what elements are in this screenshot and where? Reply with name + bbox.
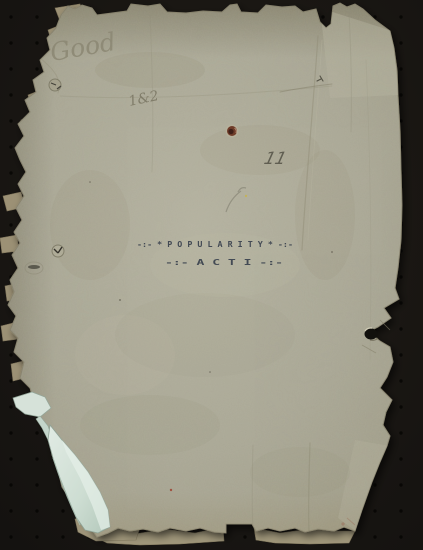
scanned-document-page: Good 1&2 11 -:- * P O P U L A R I T Y * … bbox=[0, 0, 423, 550]
brad-hole bbox=[226, 125, 239, 138]
typed-act-line: -:- A C T I -:- bbox=[165, 258, 283, 267]
punch-hole-topleft bbox=[49, 79, 61, 91]
punch-hole-left bbox=[52, 245, 64, 257]
typed-title-line: -:- * P O P U L A R I T Y * -:- bbox=[137, 240, 293, 249]
